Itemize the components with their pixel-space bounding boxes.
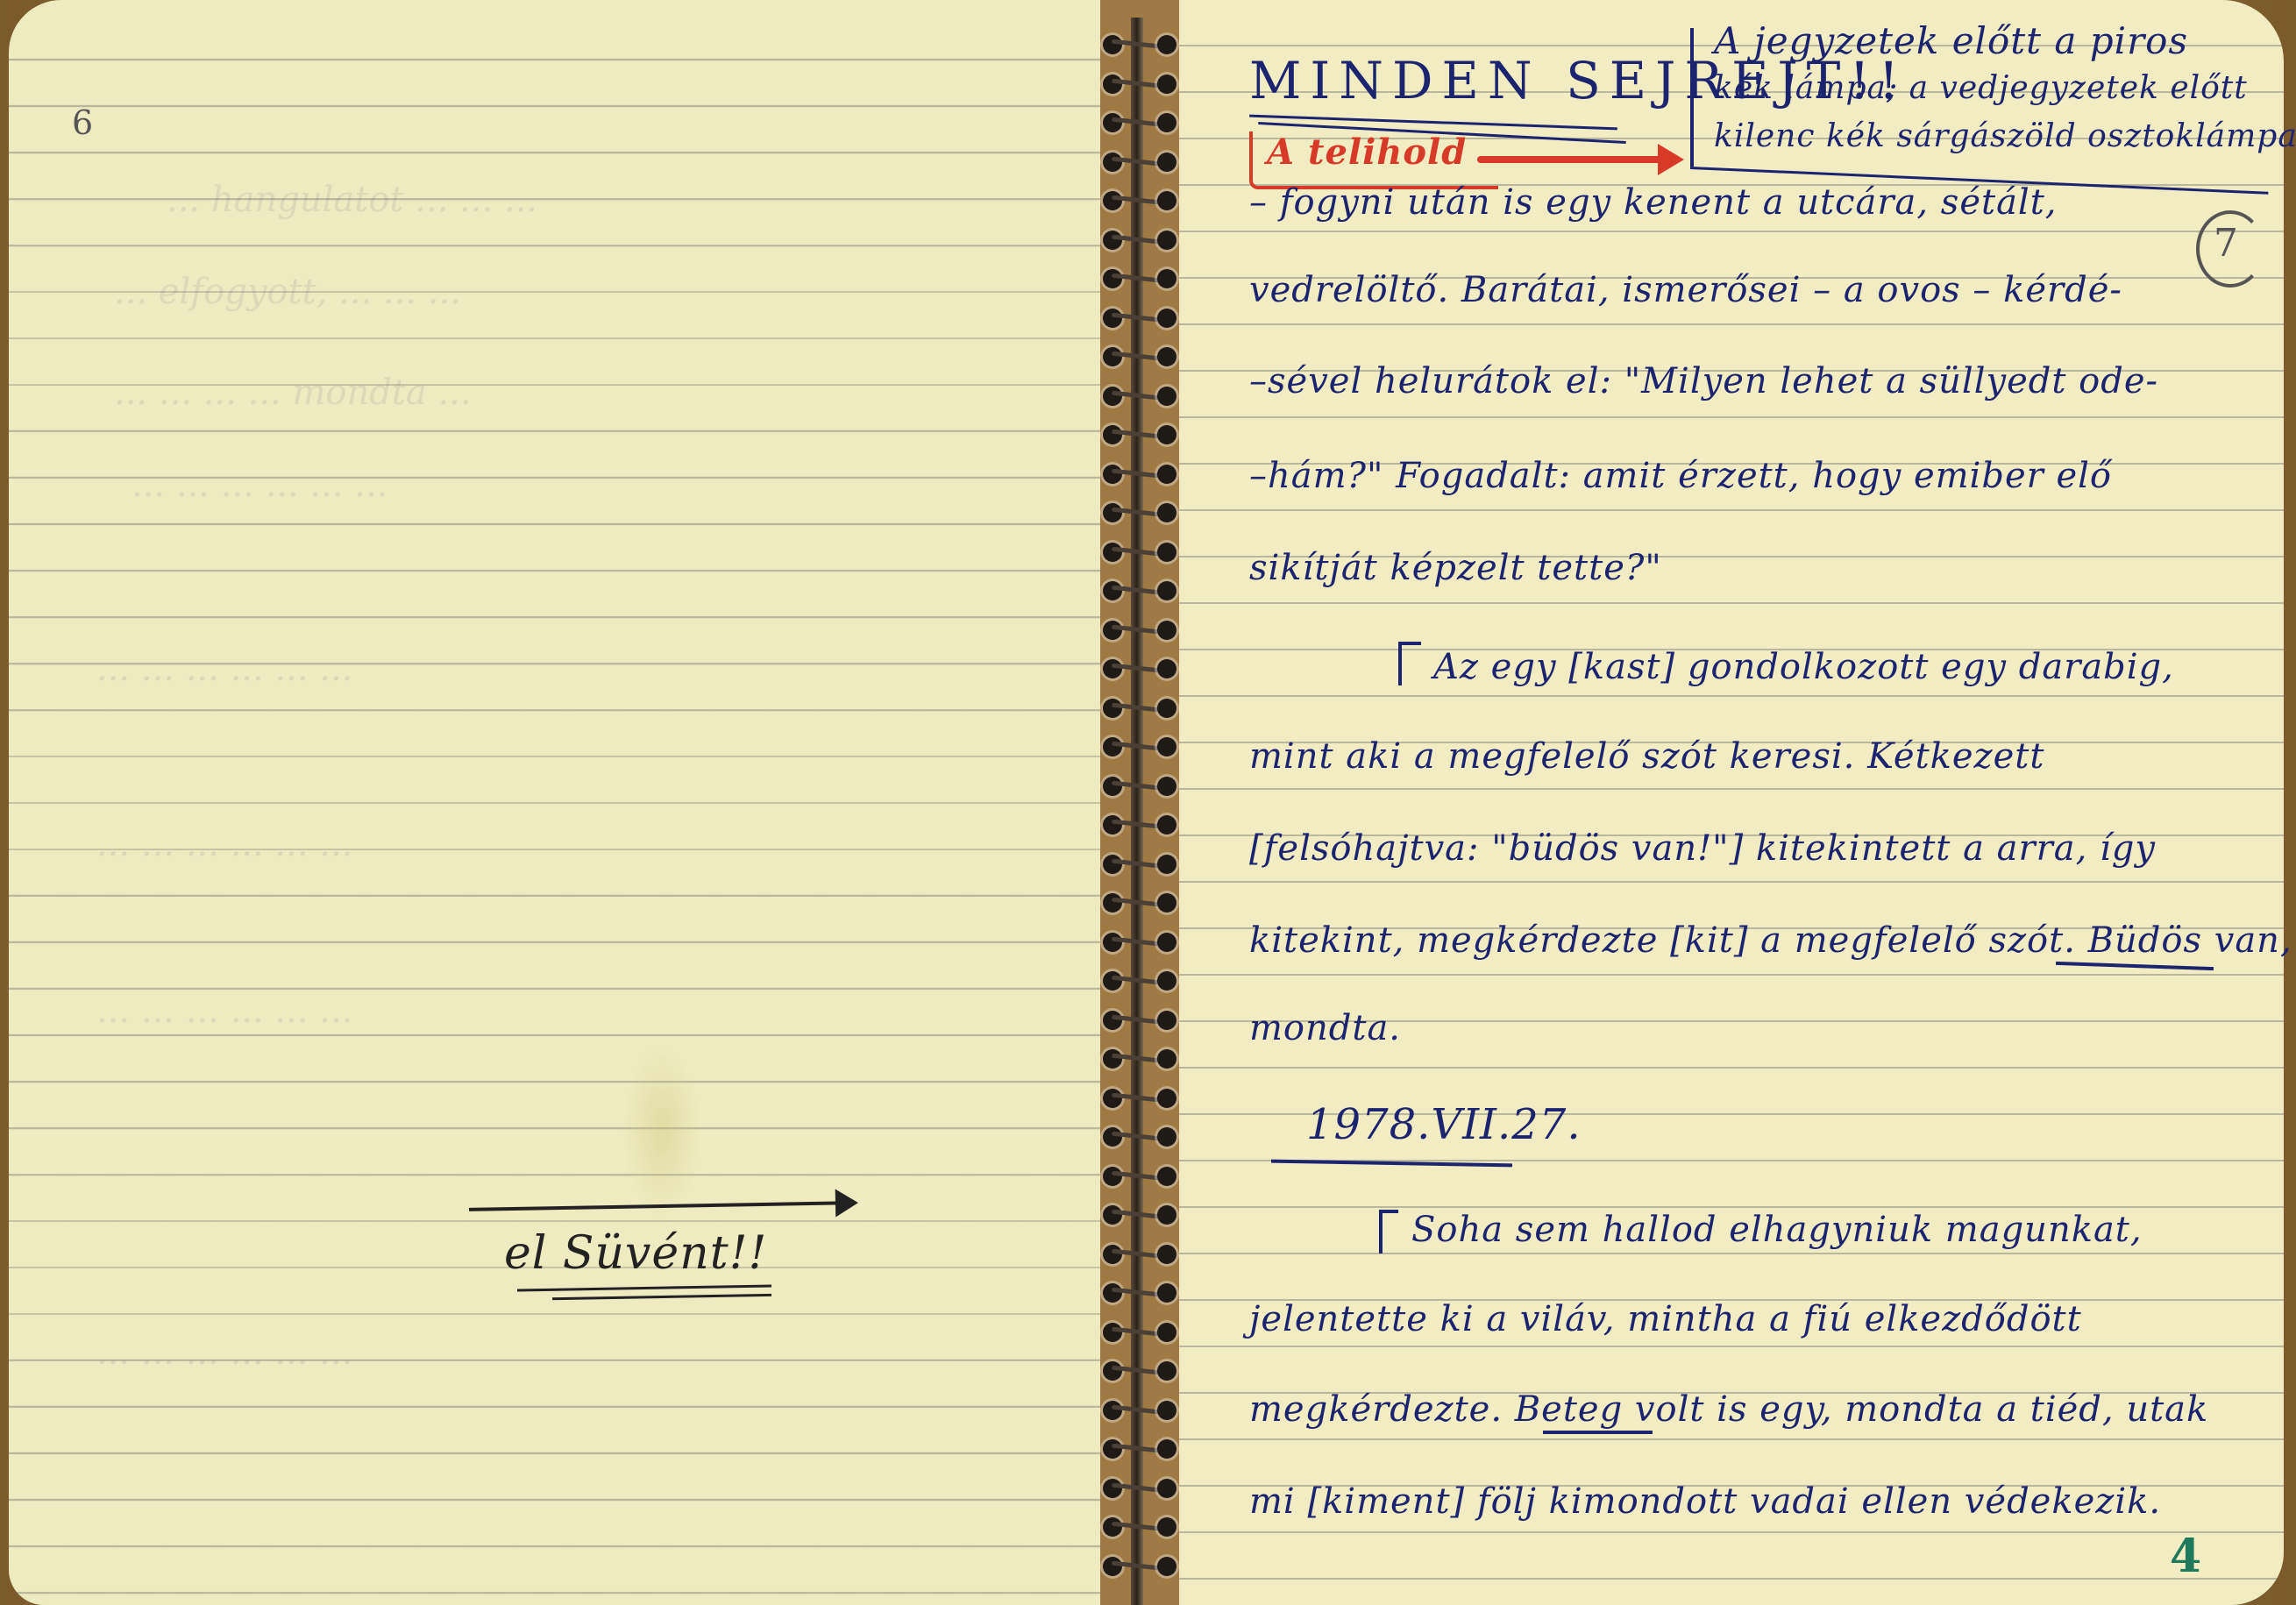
punch-hole (1157, 699, 1176, 718)
spiral-coil (1103, 659, 1176, 678)
paragraph-mark-icon (1379, 1210, 1398, 1213)
punch-hole (1103, 35, 1122, 54)
spiral-coil (1103, 1283, 1176, 1303)
manuscript-line: jelentette ki a viláv, mintha a fiú elke… (1249, 1299, 2082, 1339)
punch-hole (1103, 1517, 1122, 1537)
paragraph-mark-icon (1379, 1210, 1383, 1253)
spiral-coil (1103, 543, 1176, 562)
punch-hole (1157, 777, 1176, 796)
manuscript-line: –hám?" Fogadalt: amit érzett, hogy emibe… (1249, 456, 2112, 496)
punch-hole (1157, 815, 1176, 834)
manuscript-line: Az egy [kast] gondolkozott egy darabig, (1433, 647, 2174, 687)
spiral-coil (1103, 1323, 1176, 1342)
manuscript-line: –sével helurátok el: "Milyen lehet a sül… (1249, 361, 2158, 401)
spiral-coil (1103, 933, 1176, 952)
red-margin-note: A telihold (1267, 131, 1467, 173)
punch-hole (1157, 465, 1176, 484)
punch-hole (1157, 1557, 1176, 1576)
punch-hole (1157, 737, 1176, 756)
red-arrow-icon (1477, 156, 1679, 163)
punch-hole (1157, 1049, 1176, 1069)
punch-hole (1157, 347, 1176, 366)
spiral-coil (1103, 815, 1176, 834)
signature: el Süvént!! (504, 1227, 767, 1280)
punch-hole (1157, 1167, 1176, 1186)
punch-hole (1157, 1517, 1176, 1537)
punch-hole (1157, 1011, 1176, 1030)
spiral-coil (1103, 1245, 1176, 1264)
boxed-note-line: kék lámpa; a vedjegyzetek előtt (1714, 70, 2248, 106)
spiral-coil (1103, 191, 1176, 210)
punch-hole (1157, 191, 1176, 210)
punch-hole (1103, 191, 1122, 210)
spiral-coil (1103, 309, 1176, 328)
punch-hole (1157, 35, 1176, 54)
title-underline (1249, 115, 1617, 131)
spiral-coil (1103, 35, 1176, 54)
spiral-coil (1103, 1517, 1176, 1537)
spiral-coil (1103, 1557, 1176, 1576)
manuscript-line: mint aki a megfelelő szót keresi. Kétkez… (1249, 736, 2044, 777)
manuscript-line: kitekint, megkérdezte [kit] a megfelelő … (1249, 920, 2292, 961)
punch-hole (1103, 347, 1122, 366)
entry-date: 1978.VII.27. (1306, 1100, 1582, 1149)
bleed-through-line: ... hangulatot ... ... ... (167, 180, 537, 220)
bleed-through-line: ... ... ... ... ... ... (132, 465, 387, 505)
punch-hole (1157, 1479, 1176, 1498)
punch-hole (1157, 1361, 1176, 1381)
spiral-coil (1103, 1479, 1176, 1498)
punch-hole (1103, 737, 1122, 756)
spiral-coil (1103, 1127, 1176, 1147)
text-underline (2056, 962, 2214, 970)
date-underline (1271, 1160, 1512, 1168)
spiral-coil (1103, 269, 1176, 288)
spiral-coil (1103, 893, 1176, 913)
punch-hole (1103, 269, 1122, 288)
spiral-coil (1103, 75, 1176, 94)
bleed-through-line: ... ... ... ... ... ... (96, 649, 352, 689)
manuscript-line: megkérdezte. Beteg volt is egy, mondta a… (1249, 1389, 2208, 1430)
manuscript-line: mondta. (1249, 1008, 1401, 1048)
punch-hole (1157, 425, 1176, 444)
spiral-coil (1103, 153, 1176, 172)
green-corner-number: 4 (2170, 1530, 2202, 1583)
punch-hole (1157, 971, 1176, 991)
punch-hole (1103, 1205, 1122, 1225)
punch-hole (1157, 153, 1176, 172)
right-page-number: 7 (2214, 221, 2239, 266)
punch-hole (1157, 387, 1176, 406)
punch-hole (1103, 581, 1122, 600)
bleed-through-line: ... elfogyott, ... ... ... (114, 272, 461, 312)
left-notebook-page: 6 ... hangulatot ... ... ... ... elfogyo… (9, 0, 1100, 1605)
punch-hole (1157, 231, 1176, 250)
spiral-coil (1103, 347, 1176, 366)
punch-hole (1157, 659, 1176, 678)
punch-hole (1103, 1361, 1122, 1381)
spiral-coil (1103, 425, 1176, 444)
punch-hole (1103, 113, 1122, 132)
bleed-through-line: ... ... ... ... mondta ... (114, 373, 472, 413)
punch-hole (1157, 1439, 1176, 1459)
punch-hole (1103, 1283, 1122, 1303)
spiral-coil (1103, 777, 1176, 796)
spiral-coil (1103, 1049, 1176, 1069)
manuscript-line: – fogyni után is egy kenent a utcára, sé… (1249, 182, 2058, 223)
punch-hole (1157, 893, 1176, 913)
spiral-binding (1096, 18, 1184, 1605)
punch-hole (1157, 1283, 1176, 1303)
spiral-coil (1103, 113, 1176, 132)
note-box-border (1690, 28, 1694, 167)
punch-hole (1103, 425, 1122, 444)
manuscript-line: [felsóhajtva: "büdös van!"] kitekintett … (1249, 828, 2156, 869)
spiral-coil (1103, 1361, 1176, 1381)
water-stain (622, 1043, 701, 1218)
spiral-coil (1103, 699, 1176, 718)
spiral-coil (1103, 231, 1176, 250)
manuscript-line: mi [kiment] följ kimondott vadai ellen v… (1249, 1481, 2161, 1522)
boxed-note-line: A jegyzetek előtt a piros (1714, 19, 2188, 62)
punch-hole (1157, 1089, 1176, 1108)
punch-hole (1103, 1049, 1122, 1069)
boxed-note-line: kilenc kék sárgászöld osztoklámpa. (1714, 118, 2296, 154)
punch-hole (1157, 1205, 1176, 1225)
spiral-coil (1103, 465, 1176, 484)
manuscript-line: sikítját képzelt tette?" (1249, 548, 1662, 588)
spiral-coil (1103, 1089, 1176, 1108)
spiral-coil (1103, 737, 1176, 756)
punch-hole (1157, 75, 1176, 94)
signature-underline (517, 1284, 771, 1291)
spiral-coil (1103, 1011, 1176, 1030)
punch-hole (1103, 1439, 1122, 1459)
punch-hole (1157, 309, 1176, 328)
spiral-coil (1103, 1167, 1176, 1186)
spiral-coil (1103, 387, 1176, 406)
punch-hole (1103, 815, 1122, 834)
punch-hole (1157, 621, 1176, 640)
spiral-coil (1103, 1439, 1176, 1459)
right-notebook-page: MINDEN SEJREJT!! A jegyzetek előtt a pir… (1179, 0, 2284, 1605)
punch-hole (1103, 659, 1122, 678)
signature-underline (552, 1294, 771, 1300)
punch-hole (1157, 933, 1176, 952)
punch-hole (1157, 503, 1176, 522)
bleed-through-line: ... ... ... ... ... ... (96, 1332, 352, 1373)
spiral-coil (1103, 1205, 1176, 1225)
paragraph-mark-icon (1398, 642, 1421, 645)
punch-hole (1157, 269, 1176, 288)
paragraph-mark-icon (1398, 642, 1402, 685)
punch-hole (1157, 1127, 1176, 1147)
spiral-coil (1103, 503, 1176, 522)
punch-hole (1157, 543, 1176, 562)
punch-hole (1103, 503, 1122, 522)
punch-hole (1103, 893, 1122, 913)
spiral-coil (1103, 1401, 1176, 1420)
spiral-coil (1103, 621, 1176, 640)
punch-hole (1157, 1245, 1176, 1264)
punch-hole (1157, 581, 1176, 600)
punch-hole (1157, 1401, 1176, 1420)
punch-hole (1157, 1323, 1176, 1342)
manuscript-line: Soha sem hallod elhagyniuk magunkat, (1411, 1210, 2143, 1250)
spiral-coil (1103, 855, 1176, 874)
punch-hole (1103, 971, 1122, 991)
bleed-through-line: ... ... ... ... ... ... (96, 824, 352, 864)
bleed-through-line: ... ... ... ... ... ... (96, 991, 352, 1031)
manuscript-line: vedrelöltő. Barátai, ismerősei – a ovos … (1249, 270, 2122, 310)
text-underline (1543, 1431, 1653, 1434)
punch-hole (1157, 113, 1176, 132)
spiral-coil (1103, 581, 1176, 600)
punch-hole (1157, 855, 1176, 874)
left-page-number: 6 (72, 103, 94, 142)
punch-hole (1103, 1127, 1122, 1147)
spiral-coil (1103, 971, 1176, 991)
